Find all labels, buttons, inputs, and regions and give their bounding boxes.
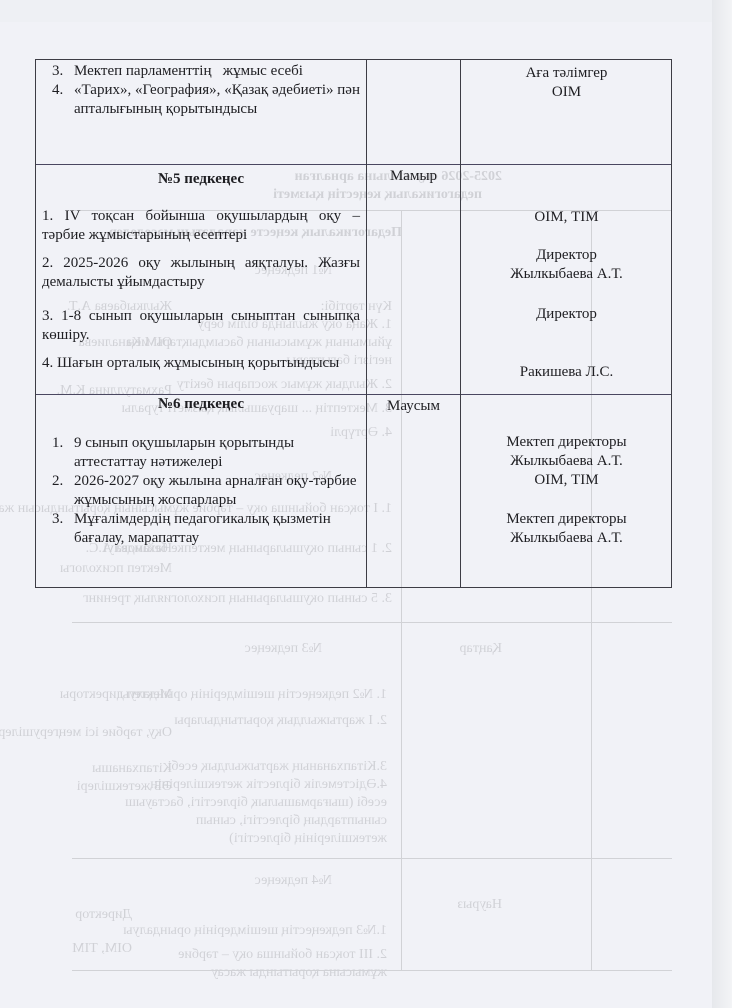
table-row: №5 педкеңес 1. IV тоқсан бойынша оқушыла…: [36, 165, 671, 395]
council-heading: №6 педкеңес: [42, 395, 360, 414]
responsible-block: Ракишева Л.С.: [461, 363, 672, 382]
table-row: 3. Мектеп парламенттің жұмыс есебі 4. «Т…: [36, 60, 671, 165]
page-edge-shadow: [712, 0, 732, 1008]
column-divider: [460, 60, 461, 587]
table-row: №6 педкеңес 1. 9 сынып оқушыларын қорыты…: [36, 395, 671, 588]
responsible-block: ОІМ, ТІМ: [461, 208, 672, 227]
responsible-line: Аға тәлімгер: [461, 64, 672, 83]
agenda-cell: №6 педкеңес 1. 9 сынып оқушыларын қорыты…: [36, 395, 366, 588]
agenda-cell: №5 педкеңес 1. IV тоқсан бойынша оқушыла…: [36, 165, 366, 394]
responsible-cell: ОІМ, ТІМ Директор Жылкыбаева А.Т. Директ…: [461, 165, 672, 394]
responsible-block: Мектеп директоры Жылкыбаева А.Т. ОІМ, ТІ…: [461, 433, 672, 490]
month-cell: Мамыр: [367, 165, 460, 394]
responsible-cell: Мектеп директоры Жылкыбаева А.Т. ОІМ, ТІ…: [461, 395, 672, 588]
agenda-item: 3. 1-8 сынып оқушыларын сыныптан сыныпқа…: [42, 307, 360, 345]
agenda-item: 2. 2026-2027 оқу жылына арналған оқу-тәр…: [42, 472, 360, 510]
responsible-cell: Аға тәлімгер ОІМ: [461, 60, 672, 164]
agenda-cell: 3. Мектеп парламенттің жұмыс есебі 4. «Т…: [36, 60, 366, 164]
agenda-list: 3. Мектеп парламенттің жұмыс есебі 4. «Т…: [42, 62, 360, 119]
responsible-line: ОІМ: [461, 83, 672, 102]
agenda-item: 2. 2025-2026 оқу жылының аяқталуы. Жазғы…: [42, 254, 360, 292]
agenda-list: 1. 9 сынып оқушыларын қорытынды аттестат…: [42, 434, 360, 548]
agenda-item: 1. 9 сынып оқушыларын қорытынды аттестат…: [42, 434, 360, 472]
responsible-block: Мектеп директоры Жылкыбаева А.Т.: [461, 510, 672, 548]
agenda-item: 4. «Тарих», «География», «Қазақ әдебиеті…: [42, 81, 360, 119]
council-heading: №5 педкеңес: [42, 170, 360, 189]
agenda-item: 4. Шағын орталық жұмысының қорытындысы: [42, 354, 360, 373]
pedagogical-council-table: 3. Мектеп парламенттің жұмыс есебі 4. «Т…: [35, 59, 672, 588]
column-divider: [366, 60, 367, 587]
agenda-item: 3. Мектеп парламенттің жұмыс есебі: [42, 62, 360, 81]
agenda-item: 1. IV тоқсан бойынша оқушылардың оқу – т…: [42, 207, 360, 245]
responsible-block: Директор Жылкыбаева А.Т.: [461, 246, 672, 284]
month-cell: Маусым: [367, 395, 460, 588]
agenda-item: 3. Мұғалімдердің педагогикалық қызметін …: [42, 510, 360, 548]
responsible-block: Директор: [461, 305, 672, 324]
month-cell: [367, 60, 460, 164]
